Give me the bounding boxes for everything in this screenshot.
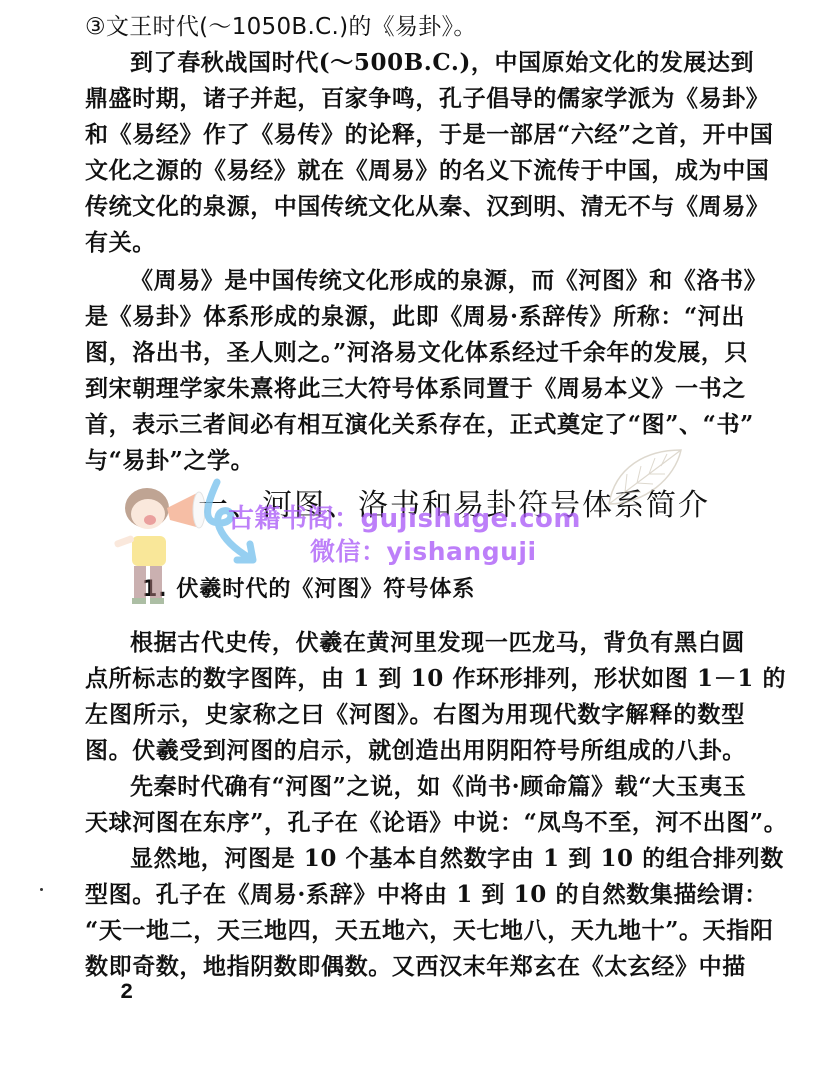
page-number: 2 — [120, 980, 133, 1006]
text-line: 传统文化的泉源，中国传统文化从秦、汉到明、清无不与《周易》 — [85, 192, 745, 222]
text-line: “天一地二，天三地四，天五地六，天七地八，天九地十”。天指阳 — [85, 916, 745, 946]
text-line: ③文王时代(～1050B.C.)的《易卦》。 — [85, 12, 477, 42]
text-line: 和《易经》作了《易传》的论释，于是一部居“六经”之首，开中国 — [85, 120, 745, 150]
scanned-book-page: ③文王时代(～1050B.C.)的《易卦》。到了春秋战国时代(～500B.C.)… — [0, 0, 816, 1066]
text-line: 《周易》是中国传统文化形成的泉源，而《河图》和《洛书》 — [130, 266, 745, 296]
text-line: 显然地，河图是 10 个基本自然数字由 1 到 10 的组合排列数 — [130, 844, 745, 874]
text-line: 到宋朝理学家朱熹将此三大符号体系同置于《周易本义》一书之 — [85, 374, 745, 404]
text-line: 是《易卦》体系形成的泉源，此即《周易·系辞传》所称：“河出 — [85, 302, 745, 332]
text-line: 数即奇数，地指阴数即偶数。又西汉末年郑玄在《太玄经》中描 — [85, 952, 745, 982]
text-line: 图。伏羲受到河图的启示，就创造出用阴阳符号所组成的八卦。 — [85, 736, 745, 766]
text-line: 点所标志的数字图阵，由 1 到 10 作环形排列，形状如图 1－1 的 — [85, 664, 745, 694]
text-line: 天球河图在东序”，孔子在《论语》中说：“凤鸟不至，河不出图”。 — [85, 808, 745, 838]
text-line: 到了春秋战国时代(～500B.C.)，中国原始文化的发展达到 — [130, 48, 745, 78]
text-line: 鼎盛时期，诸子并起，百家争鸣，孔子倡导的儒家学派为《易卦》 — [85, 84, 745, 114]
text-line: 文化之源的《易经》就在《周易》的名义下流传于中国，成为中国 — [85, 156, 745, 186]
scan-speck — [385, 31, 387, 33]
watermark-wechat-text: 微信：yishanguji — [310, 537, 537, 567]
text-line: 首，表示三者间必有相互演化关系存在，正式奠定了“图”、“书” — [85, 410, 745, 440]
text-line: 型图。孔子在《周易·系辞》中将由 1 到 10 的自然数集描绘谓： — [85, 880, 745, 910]
watermark-website-text: 古籍书阁：gujishuge.com — [228, 504, 581, 534]
text-line: 根据古代史传，伏羲在黄河里发现一匹龙马，背负有黑白圆 — [130, 628, 745, 658]
text-line: 图，洛出书，圣人则之。”河洛易文化体系经过千余年的发展，只 — [85, 338, 745, 368]
text-line: 有关。 — [85, 228, 156, 258]
text-line: 与“易卦”之学。 — [85, 446, 254, 476]
leaf-icon — [605, 448, 685, 508]
text-line: 左图所示，史家称之曰《河图》。右图为用现代数字解释的数型 — [85, 700, 745, 730]
text-line: 先秦时代确有“河图”之说，如《尚书·顾命篇》载“大玉夷玉 — [130, 772, 745, 802]
scan-speck — [40, 888, 43, 891]
